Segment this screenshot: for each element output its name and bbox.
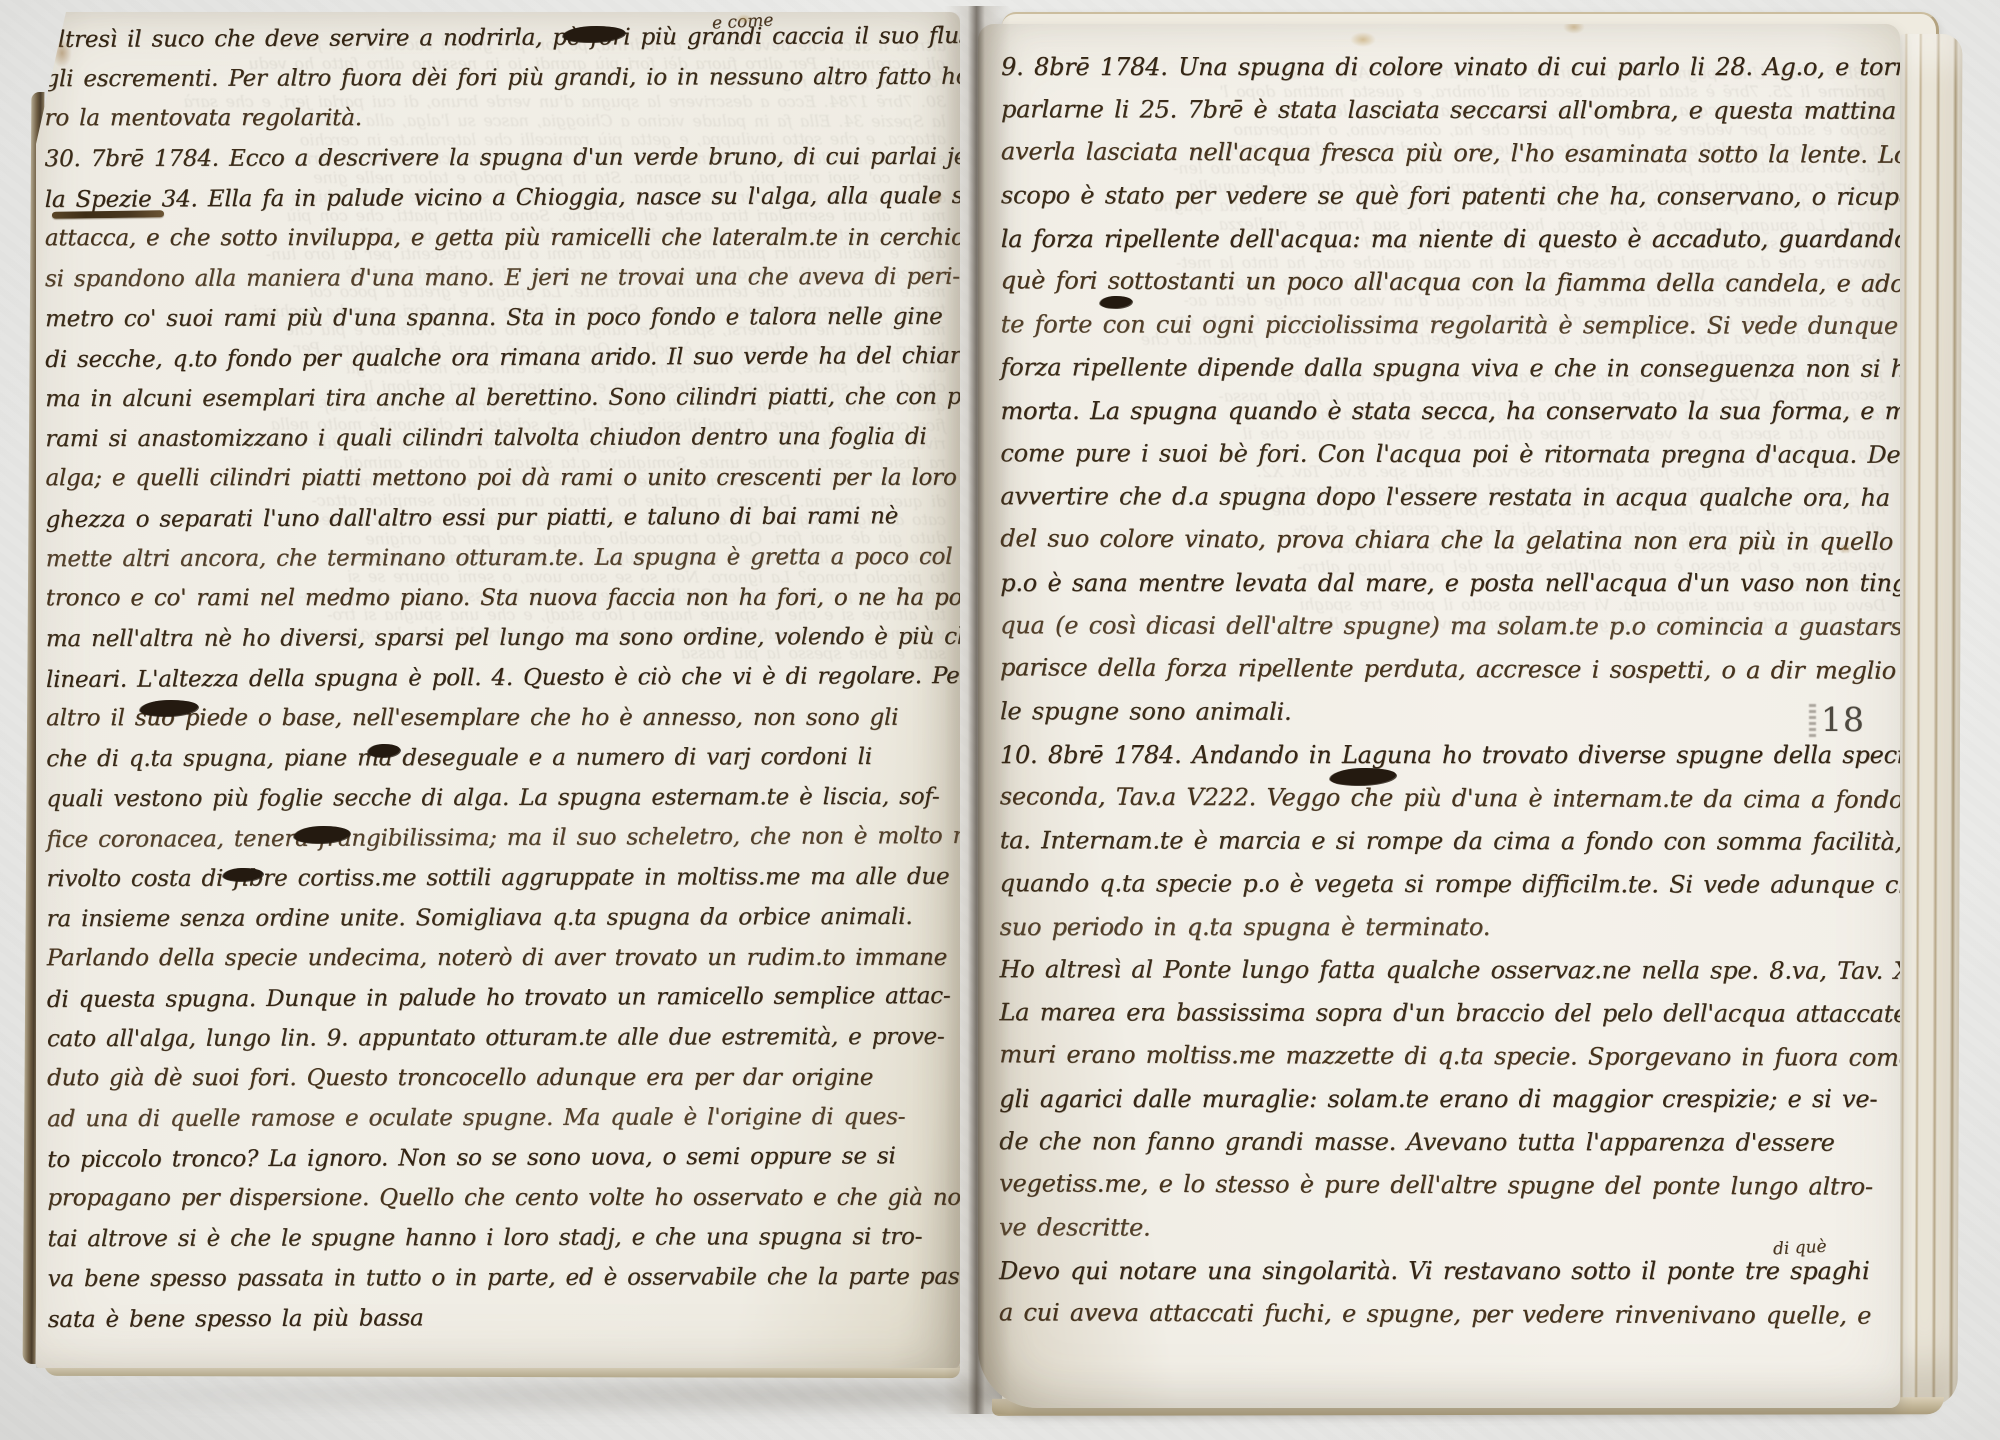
manuscript-line: tai altrove si è che le spugne hanno i l… [47, 1217, 947, 1259]
manuscript-line: di secche, q.to fondo per qualche ora ri… [45, 336, 945, 380]
manuscript-line: què fori sottostanti un poco all'acqua c… [1001, 259, 1887, 305]
manuscript-line: si spandono alla maniera d'una mano. E j… [45, 257, 945, 299]
manuscript-line: quando q.ta specie p.o è vegeta si rompe… [1000, 862, 1886, 907]
manuscript-line: La marea era bassissima sopra d'un bracc… [999, 991, 1885, 1036]
fox-spot-stain [1350, 32, 1376, 47]
handwritten-text-right: 9. 8brē 1784. Una spugna di colore vinat… [999, 45, 1887, 1337]
manuscript-line: la forza ripellente dell'acqua: ma nient… [1001, 218, 1887, 261]
manuscript-line: alga; e quelli cilindri piatti mettono p… [45, 458, 945, 498]
manuscript-page-left: altresì il suco che deve servire a nodri… [36, 12, 960, 1368]
manuscript-line: 10. 8brē 1784. Andando in Laguna ho trov… [1000, 734, 1886, 777]
manuscript-line: altresì il suco che deve servire a nodri… [44, 16, 944, 60]
manuscript-line: muri erano moltiss.me mazzette di q.ta s… [999, 1033, 1885, 1079]
manuscript-line: de che non fanno grandi masse. Avevano t… [999, 1120, 1885, 1165]
manuscript-line: di questa spugna. Dunque in palude ho tr… [47, 976, 947, 1020]
fox-spot-stain [1563, 24, 1585, 34]
manuscript-line: attacca, e che sotto inviluppa, e getta … [45, 218, 945, 258]
manuscript-line: ghezza o separati l'uno dall'altro essi … [45, 496, 945, 540]
manuscript-line: te forte con cui ogni picciolissima rego… [1001, 303, 1887, 348]
manuscript-line: la Spezie 34. Ella fa in palude vicino a… [45, 176, 945, 220]
manuscript-line: 30. 7brē 1784. Ecco a descrivere la spug… [45, 137, 945, 179]
manuscript-line: lineari. L'altezza della spugna è poll. … [46, 656, 946, 700]
manuscript-line: scopo è stato per vedere se què fori pat… [1001, 174, 1887, 219]
manuscript-line: averla lasciata nell'acqua fresca più or… [1001, 130, 1887, 176]
manuscript-line: Devo qui notare una singolarità. Vi rest… [999, 1250, 1885, 1293]
manuscript-line: va bene spesso passata in tutto o in par… [48, 1257, 948, 1299]
manuscript-line: come pure i suoi bè fori. Con l'acqua po… [1000, 432, 1886, 477]
manuscript-line: ra insieme senza ordine unite. Somigliav… [47, 897, 947, 939]
manuscript-line: Parlando della specie undecima, noterò d… [47, 938, 947, 978]
manuscript-line: fice coronacea, tenera frangibilissima; … [46, 816, 946, 860]
manuscript-line: forza ripellente dipende dalla spugna vi… [1001, 346, 1887, 391]
interline-insertion-right: di què [1773, 1237, 1828, 1260]
manuscript-line: to piccolo tronco? La ignoro. Non so se … [47, 1136, 947, 1180]
manuscript-page-right: 9. 8brē 1784. Una spugna di colore vinat… [978, 24, 1900, 1408]
manuscript-line: p.o è sana mentre levata dal mare, e pos… [1000, 562, 1886, 605]
manuscript-line: mette altri ancora, che terminano ottura… [46, 537, 946, 579]
photo-backdrop: altresì il suco che deve servire a nodri… [0, 0, 2000, 1440]
manuscript-line: Ho altresì al Ponte lungo fatta qualche … [999, 948, 1885, 993]
manuscript-line: vegetiss.me, e lo stesso è pure dell'alt… [999, 1162, 1885, 1208]
manuscript-line: le spugne sono animali. [1000, 690, 1886, 735]
manuscript-line: gli escrementi. Per altro fuora dèi fori… [44, 57, 944, 99]
manuscript-line: che di q.ta spugna, piane ma deseguale e… [46, 737, 946, 779]
manuscript-line: ta. Internam.te è marcia e si rompe da c… [1000, 819, 1886, 864]
manuscript-line: rami si anastomizzano i quali cilindri t… [45, 417, 945, 459]
manuscript-line: tronco e co' rami nel medmo piano. Sta n… [46, 578, 946, 618]
manuscript-line: propagano per dispersione. Quello che ce… [47, 1178, 947, 1218]
manuscript-line: rivolto costa di fibre cortiss.me sottil… [46, 857, 946, 899]
manuscript-line: suo periodo in q.ta spugna è terminato. [1000, 906, 1886, 949]
page-edges-right [1892, 34, 1963, 1406]
manuscript-line: quali vestono più foglie secche di alga.… [46, 777, 946, 819]
manuscript-line: cato all'alga, lungo lin. 9. appuntato o… [47, 1017, 947, 1059]
manuscript-line: ro la mentovata regolarità. [45, 98, 945, 138]
manuscript-line: a cui aveva attaccati fuchi, e spugne, p… [999, 1291, 1885, 1337]
manuscript-line: ad una di quelle ramose e oculate spugne… [47, 1097, 947, 1139]
manuscript-line: ma nell'altra nè ho diversi, sparsi pel … [46, 617, 946, 659]
interline-insertion-left: e come [712, 12, 774, 34]
manuscript-line: ve descritte. [999, 1206, 1885, 1251]
manuscript-line: ma in alcuni esemplari tira anche al ber… [45, 377, 945, 419]
manuscript-line: 9. 8brē 1784. Una spugna di colore vinat… [1001, 46, 1887, 89]
manuscript-line: morta. La spugna quando è stata secca, h… [1000, 390, 1886, 433]
manuscript-line: parisce della forza ripellente perduta, … [1000, 646, 1886, 692]
handwritten-text-left: altresì il suco che deve servire a nodri… [44, 17, 947, 1339]
manuscript-line: duto già dè suoi fori. Questo troncocell… [47, 1058, 947, 1098]
manuscript-line: avvertire che d.a spugna dopo l'essere r… [1000, 475, 1886, 520]
manuscript-line: metro co' suoi rami più d'una spanna. St… [45, 297, 945, 339]
manuscript-line: seconda, Tav.a V222. Veggo che più d'una… [1000, 775, 1886, 821]
manuscript-line: qua (e così dicasi dell'altre spugne) ma… [1000, 604, 1886, 649]
manuscript-line: sata è bene spesso la più bassa [48, 1296, 948, 1340]
manuscript-line: del suo colore vinato, prova chiara che … [1000, 517, 1886, 563]
manuscript-line: gli agarici dalle muraglie: solam.te era… [999, 1078, 1885, 1121]
manuscript-line: parlarne li 25. 7brē è stata lasciata se… [1001, 88, 1887, 133]
page-number: 18 [1821, 700, 1865, 739]
